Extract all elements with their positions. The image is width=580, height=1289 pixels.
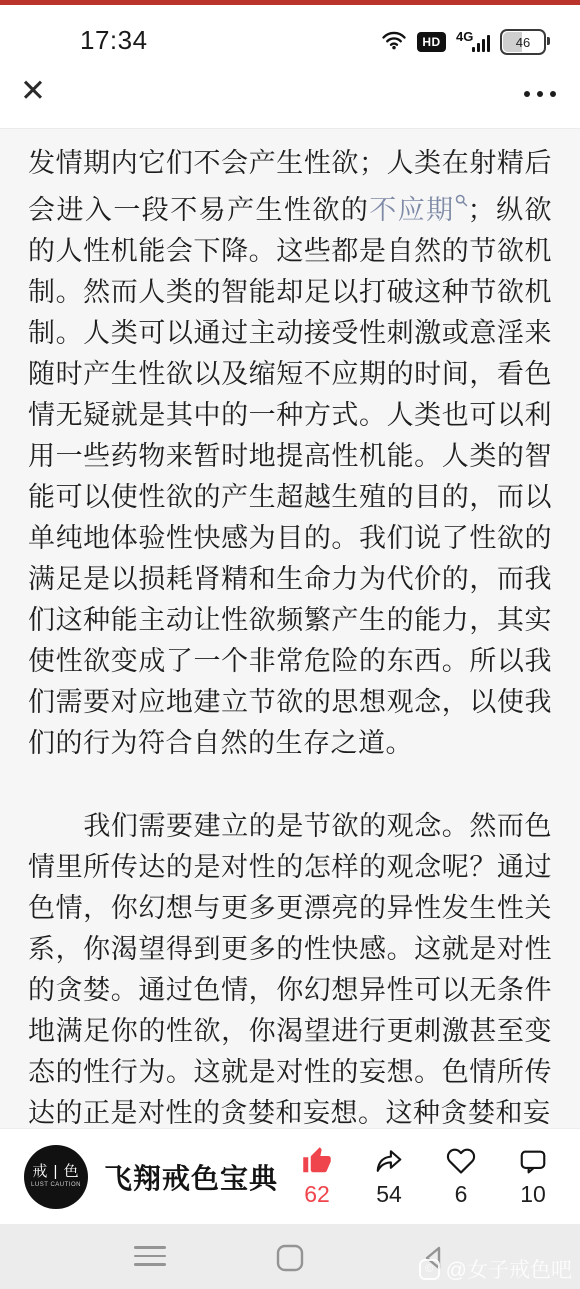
like-count: 62 (304, 1181, 330, 1208)
search-superscript-icon (455, 194, 468, 210)
watermark-icon: © (419, 1259, 440, 1280)
avatar[interactable]: 戒 | 色 LUST CAUTION (24, 1145, 88, 1209)
status-time: 17:34 (80, 25, 148, 56)
share-button[interactable]: 54 (368, 1146, 410, 1208)
battery-icon: 46 (500, 29, 546, 55)
more-options-icon[interactable] (524, 91, 556, 97)
article-body: 发情期内它们不会产生性欲；人类在射精后会进入一段不易产生性欲的不应期；纵欲的人性… (0, 128, 580, 1128)
watermark: © @女子戒色吧 (419, 1254, 572, 1284)
wifi-icon (381, 30, 407, 55)
home-icon[interactable] (274, 1242, 306, 1279)
hd-icon: HD (417, 32, 446, 52)
avatar-subtext: LUST CAUTION (31, 1181, 81, 1189)
system-nav-bar: © @女子戒色吧 (0, 1224, 580, 1289)
recents-icon[interactable] (134, 1242, 166, 1266)
watermark-text: @女子戒色吧 (446, 1254, 572, 1284)
like-button[interactable]: 62 (296, 1146, 338, 1208)
share-icon (373, 1146, 405, 1176)
engagement-bar: 戒 | 色 LUST CAUTION 飞翔戒色宝典 62 54 (0, 1128, 580, 1224)
header-bar: ✕ (0, 71, 580, 128)
share-count: 54 (376, 1181, 402, 1208)
action-buttons: 62 54 6 10 (296, 1146, 554, 1208)
status-bar: 17:34 HD 4G 46 (0, 5, 580, 71)
comment-icon (517, 1146, 549, 1176)
avatar-text: 戒 | 色 (32, 1164, 79, 1181)
comment-count: 10 (520, 1181, 546, 1208)
article-paragraph: 发情期内它们不会产生性欲；人类在射精后会进入一段不易产生性欲的不应期；纵欲的人性… (28, 143, 552, 764)
account-name[interactable]: 飞翔戒色宝典 (104, 1157, 278, 1197)
favorite-button[interactable]: 6 (440, 1146, 482, 1208)
heart-icon (445, 1146, 477, 1176)
paragraph-text: ；纵欲的人性机能会下降。这些都是自然的节欲机制。然而人类的智能却足以打破这种节欲… (28, 195, 552, 758)
status-icons: HD 4G 46 (381, 29, 546, 55)
signal-icon: 4G (456, 31, 490, 53)
close-icon[interactable]: ✕ (20, 75, 46, 106)
entity-link[interactable]: 不应期 (369, 195, 467, 225)
favorite-count: 6 (455, 1181, 468, 1208)
article-paragraph: 我们需要建立的是节欲的观念。然而色情里所传达的是对性的怎样的观念呢？通过色情，你… (28, 806, 552, 1128)
thumbs-up-icon (301, 1146, 333, 1176)
entity-link-label: 不应期 (369, 195, 454, 225)
comment-button[interactable]: 10 (512, 1146, 554, 1208)
